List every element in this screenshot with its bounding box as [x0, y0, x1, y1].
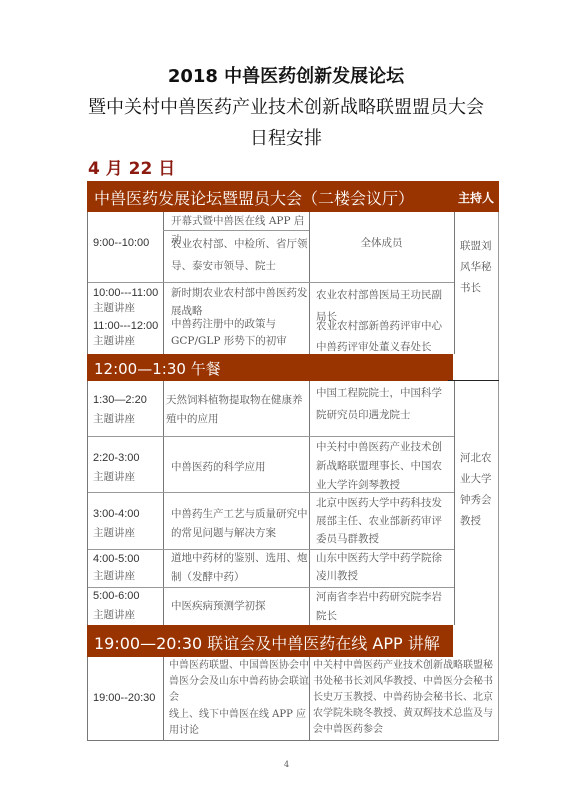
session1-table: 9:00--10:00 开幕式暨中兽医在线 APP 启动 农业农村部、中检所、省… [87, 212, 499, 354]
row-label: 主题讲座 [93, 333, 135, 349]
row-topic: 天然饲料植物提取物在健康养殖中的应用 [166, 391, 309, 429]
row-topic-attendees: 农业农村部、中检所、省厅领导、泰安市领导、院士 [171, 233, 309, 277]
row-speaker: 农业农村部新兽药评审中心中兽药评审处董义春处长 [316, 316, 452, 358]
session2-host: 河北农业大学钟秀会教授 [460, 448, 498, 532]
table-row-time: 4:00-5:00 [93, 551, 139, 568]
row-topic: 中兽药生产工艺与质量研究中的常见问题与解决方案 [171, 505, 309, 543]
evening-spacer [453, 625, 499, 657]
session2-table: 1:30—2:20 主题讲座 天然饲料植物提取物在健康养殖中的应用 中国工程院院… [87, 381, 499, 625]
page-number: 4 [284, 760, 289, 769]
row-speaker: 山东中医药大学中药学院徐凌川教授 [316, 549, 452, 585]
row-label: 主题讲座 [93, 410, 135, 429]
row-label: 主题讲座 [93, 524, 135, 543]
session1-header: 中兽医药发展论坛暨盟员大会（二楼会议厅） 主持人 [87, 181, 499, 212]
table-row-time: 9:00--10:00 [93, 234, 149, 253]
schedule-date: 4 月 22 日 [88, 154, 175, 179]
row-topic: 中医疾病预测学初探 [171, 597, 309, 616]
row-topic: 道地中药材的鉴别、选用、炮制（发酵中药） [171, 549, 309, 587]
lunch-title: 12:00—1:30 午餐 [94, 358, 221, 379]
row-topic: 新时期农业农村部中兽医药发展战略 [171, 284, 309, 320]
row-speaker: 北京中医药大学中药科技发展部主任、农业部新药审评委员马群教授 [316, 494, 452, 548]
row-speaker: 中关村中兽医药产业技术创新战略联盟理事长、中国农业大学许剑琴教授 [316, 438, 452, 495]
row-speaker: 中关村中兽医药产业技术创新战略联盟秘书处秘书长刘风华教授、中兽医分会秘书长史万玉… [313, 658, 499, 738]
row-speaker: 中国工程院院士，中国科学院研究员印遇龙院士 [316, 382, 452, 426]
host-column-header: 主持人 [458, 189, 494, 206]
table-row-time: 2:20-3:00 [93, 449, 139, 468]
row-speaker: 全体成员 [309, 234, 454, 253]
table-row-time: 10:00---11:00 [93, 285, 158, 301]
row-label: 主题讲座 [93, 568, 135, 585]
row-speaker: 河南省李岩中药研究院李岩院长 [316, 588, 452, 626]
row-topic: 中兽药注册中的政策与GCP/GLP 形势下的初审 [171, 316, 309, 350]
evening-title: 19:00—20:30 联谊会及中兽医药在线 APP 讲解 [94, 631, 440, 654]
evening-header: 19:00—20:30 联谊会及中兽医药在线 APP 讲解 [87, 625, 453, 657]
document-title: 2018 中兽医药创新发展论坛 [0, 62, 572, 88]
table-row-time: 5:00-6:00 [93, 587, 139, 606]
row-label: 主题讲座 [93, 300, 135, 316]
table-row-time: 3:00-4:00 [93, 505, 139, 524]
row-label: 主题讲座 [93, 606, 135, 625]
table-row-time: 11:00---12:00 [93, 318, 158, 334]
row-label: 主题讲座 [93, 468, 135, 487]
document-subtitle: 暨中关村中兽医药产业技术创新战略联盟盟员大会 [0, 93, 572, 119]
row-topic-gala: 中兽医药联盟、中国兽医协会中兽医分会及山东中兽药协会联谊会 [169, 658, 311, 706]
table-row-time: 19:00--20:30 [93, 689, 155, 708]
session1-title: 中兽医药发展论坛暨盟员大会（二楼会议厅） [94, 186, 414, 209]
session1-host: 联盟刘风华秘书长 [460, 236, 498, 299]
lunch-header: 12:00—1:30 午餐 [87, 354, 453, 381]
table-row-time: 1:30—2:20 [93, 391, 147, 410]
evening-table: 19:00--20:30 中兽医药联盟、中国兽医协会中兽医分会及山东中兽药协会联… [87, 657, 499, 741]
row-topic-app: 线上、线下中兽医在线 APP 应用讨论 [169, 707, 311, 739]
lunch-host-spacer [453, 354, 499, 381]
row-topic: 中兽医药的科学应用 [171, 458, 309, 477]
document-heading-schedule: 日程安排 [0, 124, 572, 150]
